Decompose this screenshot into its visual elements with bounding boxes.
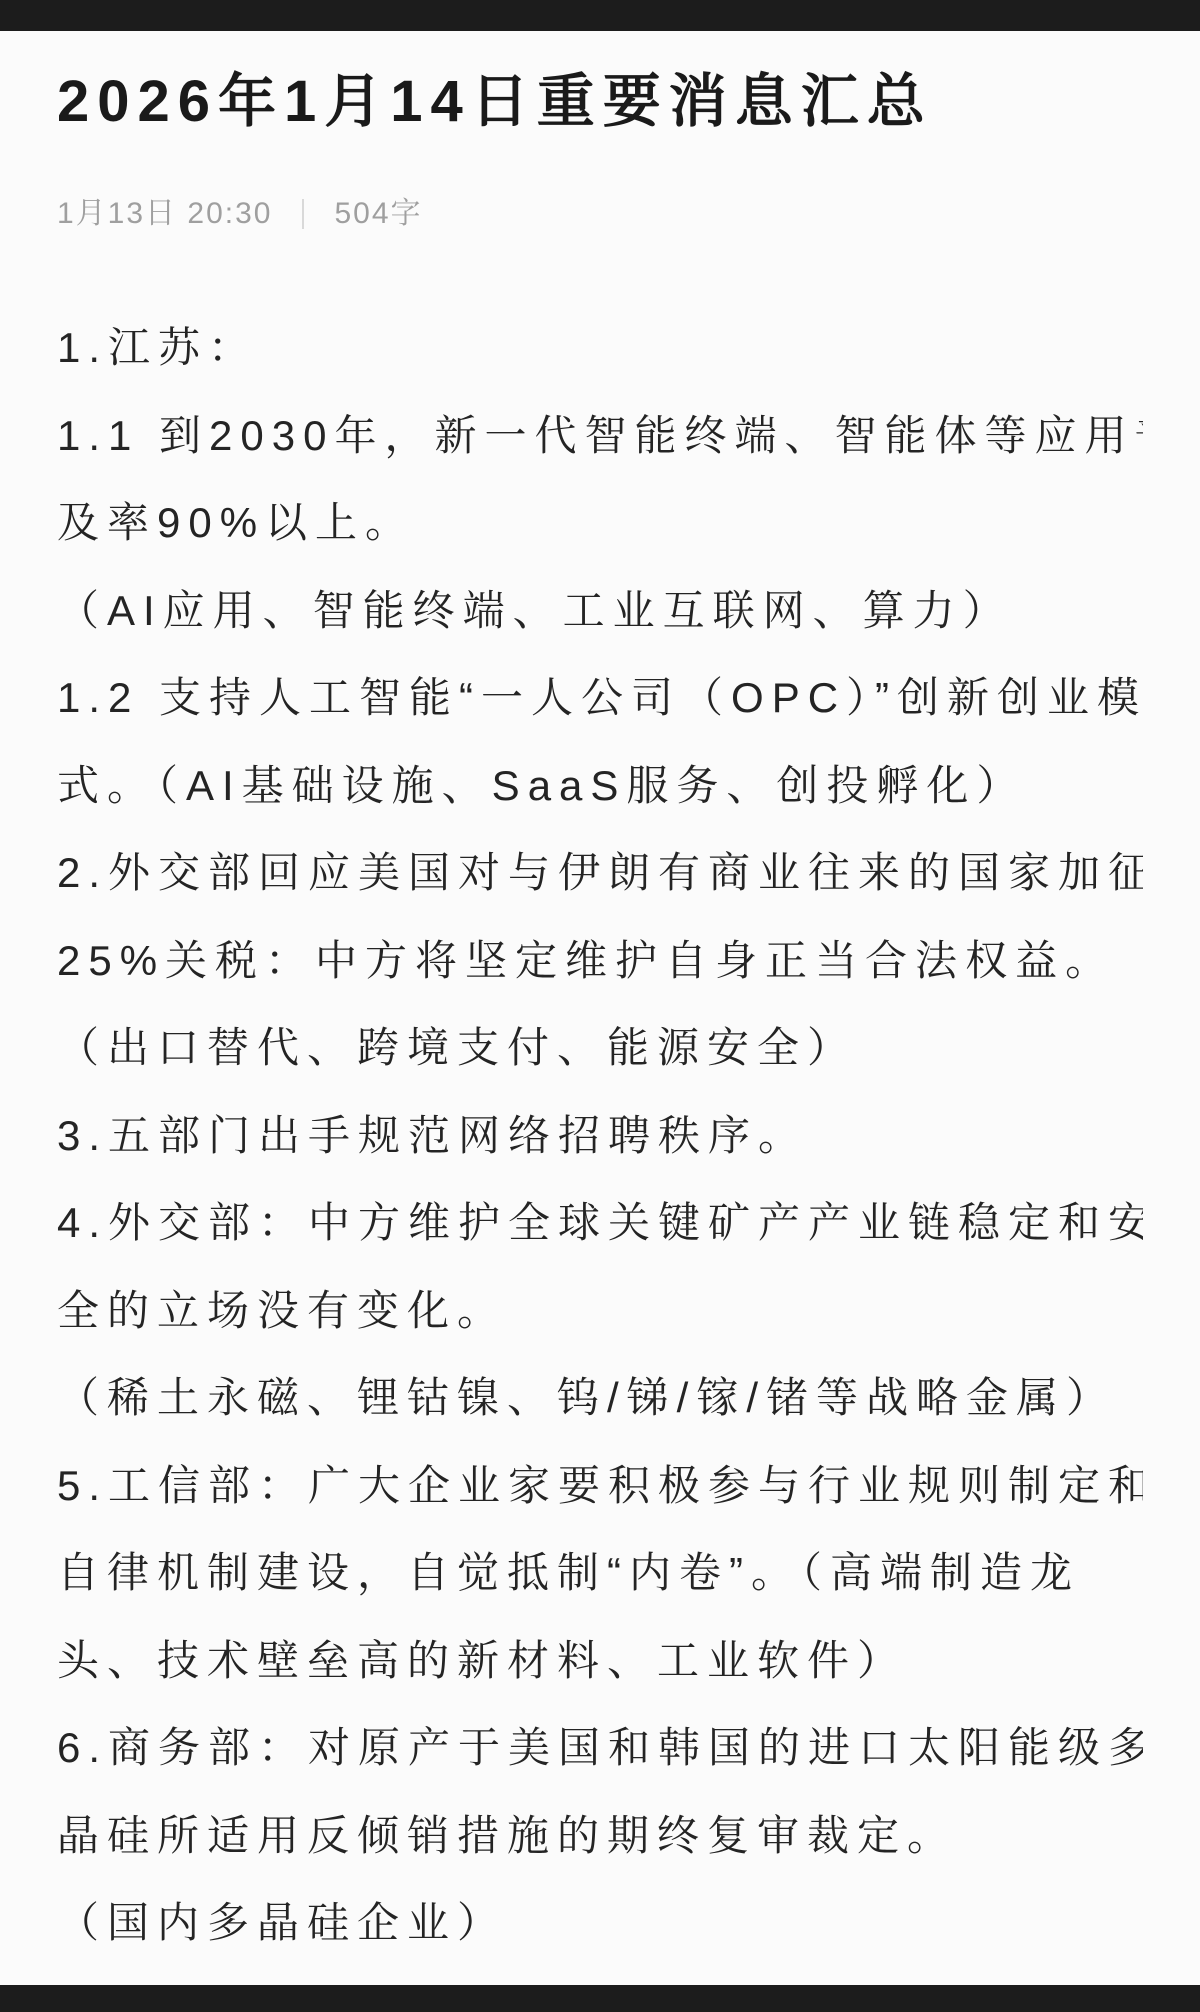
bottom-letterbox-bar (0, 1985, 1200, 2012)
body-line: 2.外交部回应美国对与伊朗有商业往来的国家加征 (57, 829, 1143, 917)
body-line: （AI应用、智能终端、工业互联网、算力） (57, 567, 1143, 655)
body-line: 3.五部门出手规范网络招聘秩序。 (57, 1092, 1143, 1180)
body-line: 及率90%以上。 (57, 479, 1143, 567)
article-content: 2026年1月14日重要消息汇总 1月13日 20:30 504字 1.江苏：1… (0, 66, 1200, 1967)
body-line: 式。（AI基础设施、SaaS服务、创投孵化） (57, 742, 1143, 830)
article-page: 2026年1月14日重要消息汇总 1月13日 20:30 504字 1.江苏：1… (0, 0, 1200, 2012)
body-line: 全的立场没有变化。 (57, 1267, 1143, 1355)
page-title: 2026年1月14日重要消息汇总 (57, 66, 1143, 138)
body-line: 1.2 支持人工智能“一人公司（OPC）”创新创业模 (57, 654, 1143, 742)
body-line: 25%关税：中方将坚定维护自身正当合法权益。 (57, 917, 1143, 1005)
body-line: 头、技术壁垒高的新材料、工业软件） (57, 1617, 1143, 1705)
word-count: 504字 (334, 196, 422, 232)
top-letterbox-bar (0, 0, 1200, 31)
body-line: 4.外交部：中方维护全球关键矿产产业链稳定和安 (57, 1179, 1143, 1267)
body-line: 自律机制建设，自觉抵制“内卷”。（高端制造龙 (57, 1529, 1143, 1617)
article-meta: 1月13日 20:30 504字 (57, 196, 1143, 232)
body-line: （国内多晶硅企业） (57, 1879, 1143, 1967)
publish-datetime: 1月13日 20:30 (57, 196, 272, 232)
body-line: 1.1 到2030年，新一代智能终端、智能体等应用普 (57, 392, 1143, 480)
body-line: 晶硅所适用反倾销措施的期终复审裁定。 (57, 1792, 1143, 1880)
article-body: 1.江苏：1.1 到2030年，新一代智能终端、智能体等应用普及率90%以上。（… (57, 304, 1143, 1967)
body-line: 1.江苏： (57, 304, 1143, 392)
body-line: （出口替代、跨境支付、能源安全） (57, 1004, 1143, 1092)
body-line: （稀土永磁、锂钴镍、钨/锑/镓/锗等战略金属） (57, 1354, 1143, 1442)
body-line: 5.工信部：广大企业家要积极参与行业规则制定和 (57, 1442, 1143, 1530)
body-line: 6.商务部：对原产于美国和韩国的进口太阳能级多 (57, 1704, 1143, 1792)
meta-divider (302, 199, 304, 229)
